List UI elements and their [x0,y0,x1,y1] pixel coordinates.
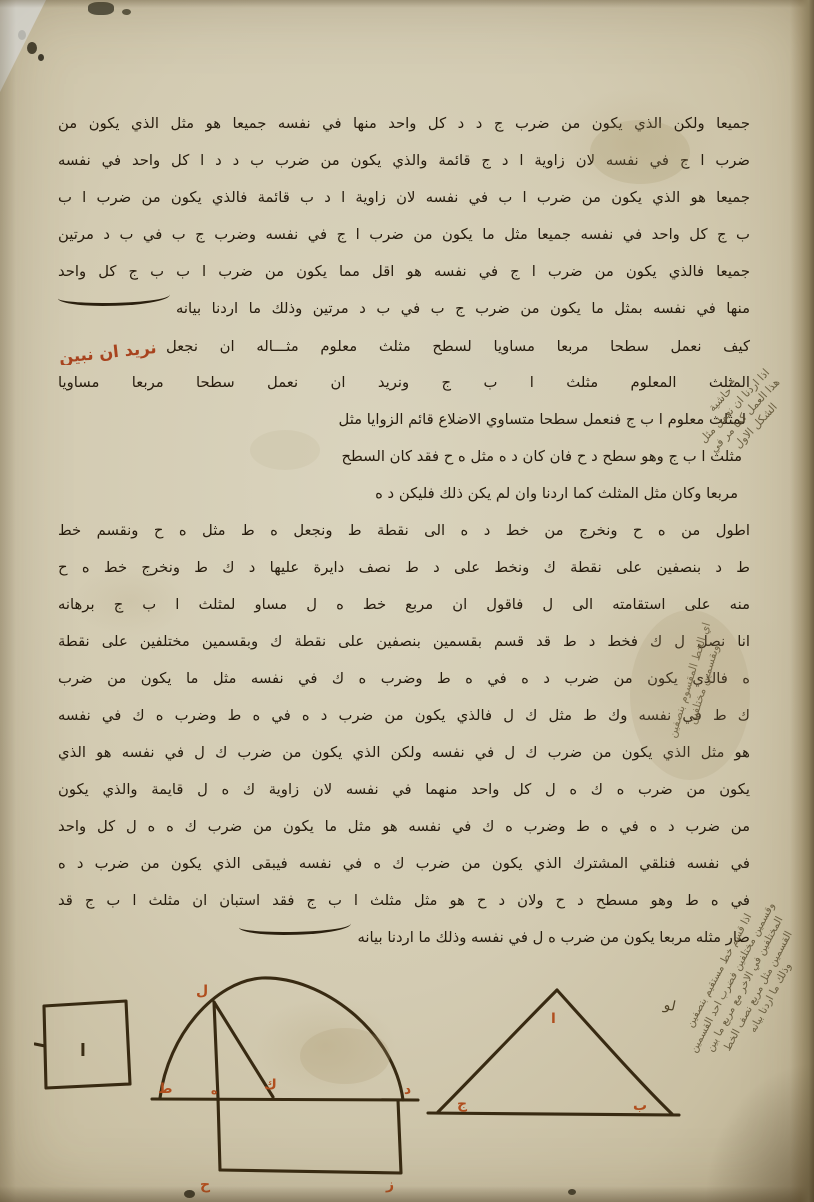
ink-speck [18,30,26,40]
text-line: هو مثل الذي يكون من ضرب ك ل في نفسه ولكن… [58,735,750,772]
ink-speck [568,1189,576,1195]
text-line: مثلث ا ب ج وهو سطح د ح فان كان د ه مثل ه… [58,439,750,476]
flourish-stroke [239,920,351,935]
ink-speck [27,42,37,54]
square-label: ا [80,1041,86,1061]
diameter-line [152,1099,418,1100]
text-line-content: ط د بنصفين على نقطة ك ونخط على د ط نصف د… [58,559,750,576]
triangle-left-side [438,990,557,1112]
flourish-stroke [58,291,170,306]
square-diagram: ا [34,994,138,1098]
triangle-diagram: ا ج ب [425,975,685,1125]
text-line: كيف نعمل سطحا مربعا مساويا لسطح مثلث معل… [58,328,750,365]
text-line: جميعا فالذي يكون من ضرب ا ج في نفسه هو ا… [58,254,750,291]
main-text-block: جميعا ولكن الذي يكون من ضرب ج د د كل واح… [58,106,750,957]
text-line-content: ك ط في نفسه وك ط مثل ك ل فالذي يكون من ض… [58,707,750,724]
square-tick [35,1044,45,1046]
text-line: من ضرب د ه في ه ط وضرب ه ك في نفسه هو مث… [58,809,750,846]
triangle-right-side [557,990,672,1114]
text-line: ك ط في نفسه وك ط مثل ك ل فالذي يكون من ض… [58,698,750,735]
page-corner [0,0,46,92]
ink-speck [38,54,44,61]
text-line: جميعا هو الذي يكون من ضرب ا ب في نفسه لا… [58,180,750,217]
manuscript-scan: جميعا ولكن الذي يكون من ضرب ج د د كل واح… [0,0,814,1202]
text-line-content: في نفسه فنلقي المشترك الذي يكون من ضرب ك… [58,855,750,872]
text-line-content: ب ج كل واحد في نفسه جميعا مثل ما يكون من… [58,226,750,243]
text-line: منه على استقامته الى ل فاقول ان مربع خط … [58,587,750,624]
text-line-content: لمثلث معلوم ا ب ج فنعمل سطحا متساوي الاض… [339,411,747,428]
point-label-lam: ل [196,983,208,999]
text-line: صار مثله مربعا يكون من ضرب ه ل في نفسه و… [58,920,750,957]
text-line-content: اطول من ه ح ونخرج من خط د ه الى نقطة ط و… [58,522,750,539]
text-line-content: يكون من ضرب ه ك ه ل كل واحد منهما في نفس… [58,781,750,798]
parchment-page: جميعا ولكن الذي يكون من ضرب ج د د كل واح… [0,0,814,1202]
text-line-content: كيف نعمل سطحا مربعا مساويا لسطح مثلث معل… [166,338,750,355]
text-line-content: جميعا فالذي يكون من ضرب ا ج في نفسه هو ا… [58,263,750,280]
text-line: اطول من ه ح ونخرج من خط د ه الى نقطة ط و… [58,513,750,550]
text-line: مربعا وكان مثل المثلث كما اردنا وان لم ي… [58,476,750,513]
text-line-content: في ه ط وهو مسطح د ح ولان د ح هو مثل مثلث… [58,892,750,909]
point-label-zay: ز [385,1177,394,1193]
text-line-content: انا نصل ل ك فخط د ط قد قسم بقسمين بنصفين… [58,633,750,650]
semicircle-diagram: ل ط ه ك د ح ز [140,965,430,1195]
page-edge-top [0,0,814,8]
text-line-content: جميعا ولكن الذي يكون من ضرب ج د د كل واح… [58,115,750,132]
square-outline [44,1001,130,1088]
text-line-content: هو مثل الذي يكون من ضرب ك ل في نفسه ولكن… [58,744,750,761]
red-incipit: نريد ان نبين [58,330,158,365]
point-label-ha: ه [211,1084,218,1097]
text-line-content: منه على استقامته الى ل فاقول ان مربع خط … [58,596,750,613]
rectangle-lines [220,1100,401,1173]
point-label-kaf: ك [264,1077,277,1093]
text-line-content: منها في نفسه بمثل ما يكون من ضرب ج ب في … [176,300,750,317]
triangle-label-apex: ا [551,1011,556,1027]
text-line: جميعا ولكن الذي يكون من ضرب ج د د كل واح… [58,106,750,143]
text-line: منها في نفسه بمثل ما يكون من ضرب ج ب في … [58,291,750,328]
text-line: ط د بنصفين على نقطة ك ونخط على د ط نصف د… [58,550,750,587]
page-edge-right [790,0,814,1202]
text-line-content: المثلث المعلوم مثلث ا ب ج ونريد ان نعمل … [58,374,750,391]
text-line: لمثلث معلوم ا ب ج فنعمل سطحا متساوي الاض… [58,402,750,439]
text-line: يكون من ضرب ه ك ه ل كل واحد منهما في نفس… [58,772,750,809]
text-line: المثلث المعلوم مثلث ا ب ج ونريد ان نعمل … [58,365,750,402]
triangle-label-right: ب [633,1098,647,1114]
text-line-content: جميعا هو الذي يكون من ضرب ا ب في نفسه لا… [58,189,750,206]
ink-speck [122,9,131,15]
text-line: ه فالذي يكون من ضرب د ه في ه ط وضرب ه ك … [58,661,750,698]
text-line-content: ضرب ا ج في نفسه لان زاوية ا د ج قائمة وا… [58,152,750,169]
triangle-label-left: ج [457,1096,468,1112]
text-line: في نفسه فنلقي المشترك الذي يكون من ضرب ك… [58,846,750,883]
point-label-hha: ح [200,1177,211,1193]
point-label-dal: د [404,1082,411,1098]
text-line-content: صار مثله مربعا يكون من ضرب ه ل في نفسه و… [357,929,750,946]
text-line: ب ج كل واحد في نفسه جميعا مثل ما يكون من… [58,217,750,254]
ink-blot [88,2,114,15]
text-line: انا نصل ل ك فخط د ط قد قسم بقسمين بنصفين… [58,624,750,661]
point-label-ta: ط [158,1081,173,1097]
text-line-content: من ضرب د ه في ه ط وضرب ه ك في نفسه هو مث… [58,818,750,835]
text-line-content: ه فالذي يكون من ضرب د ه في ه ط وضرب ه ك … [58,670,750,687]
text-line: في ه ط وهو مسطح د ح ولان د ح هو مثل مثلث… [58,883,750,920]
text-line: ضرب ا ج في نفسه لان زاوية ا د ج قائمة وا… [58,143,750,180]
page-edge-left [0,0,16,1202]
